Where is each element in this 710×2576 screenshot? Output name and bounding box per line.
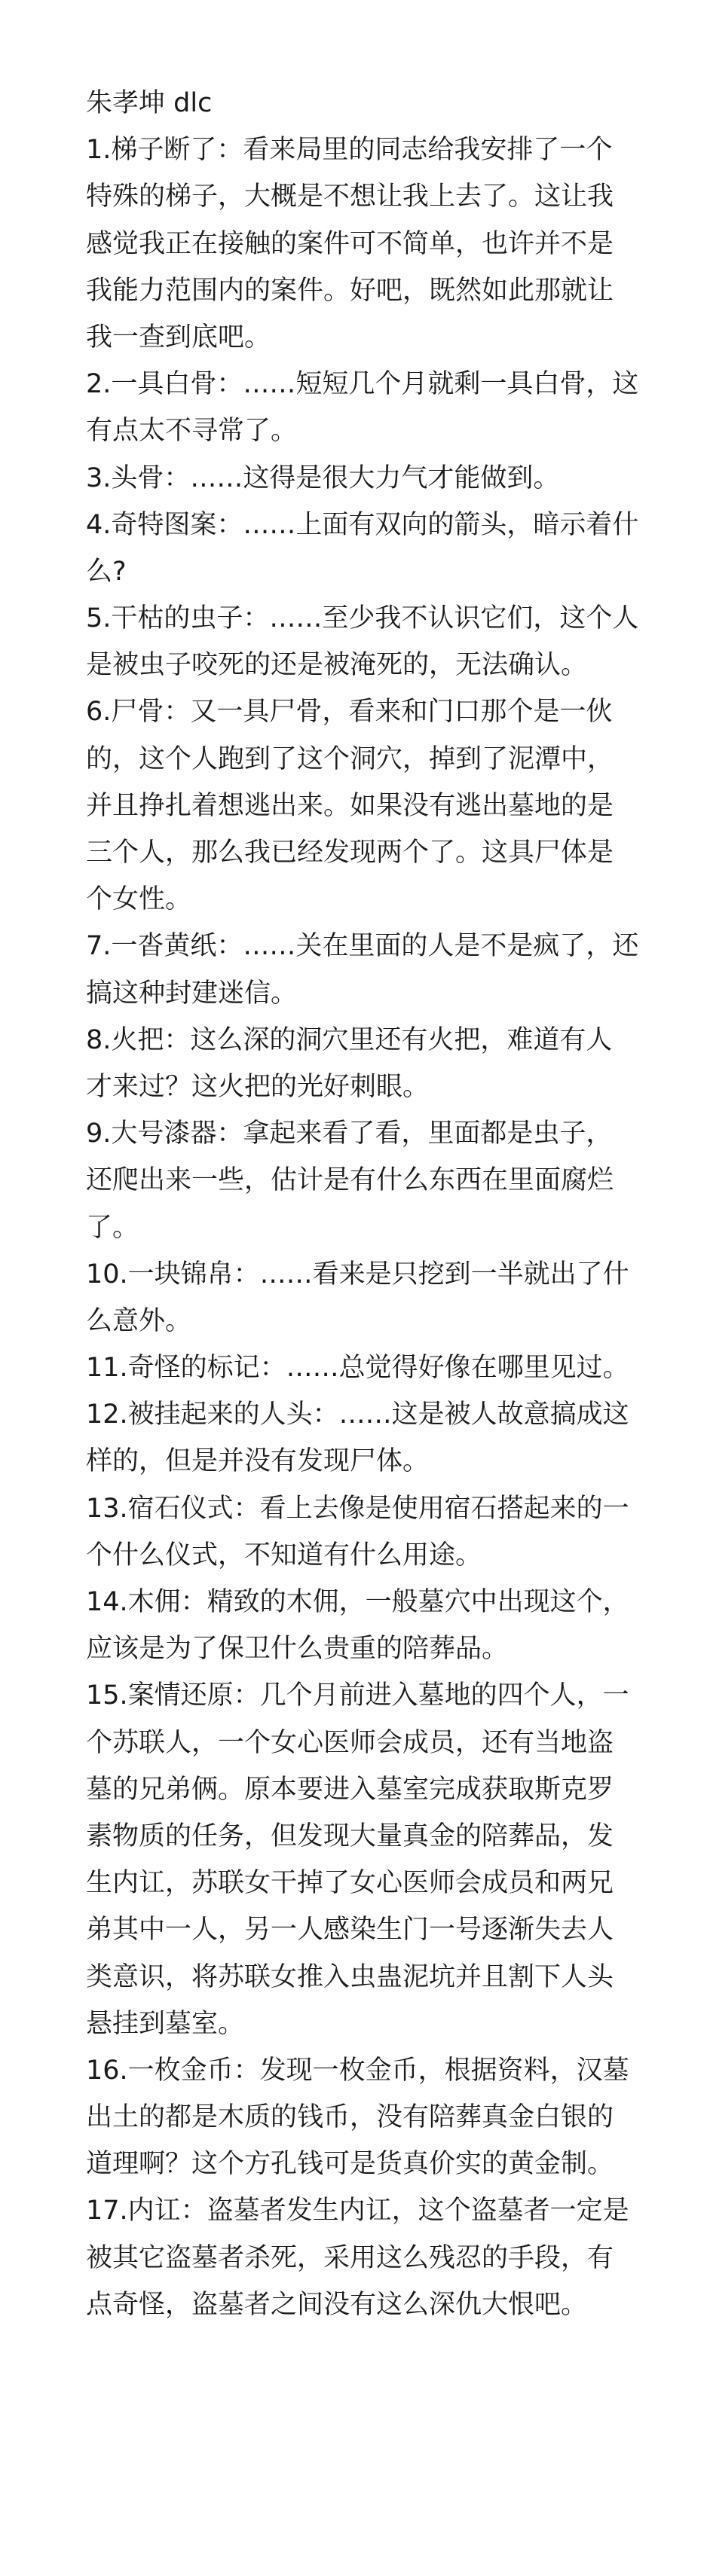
clue-text-line: 6.尸骨：又一具尸骨，看来和门口那个是一伙 [86,688,659,735]
clue-text-line: 17.内讧：盗墓者发生内讧，这个盗墓者一定是 [86,2187,659,2234]
clue-text-line: 11.奇怪的标记：……总觉得好像在哪里见过。 [86,1344,659,1391]
clue-text-line: 9.大号漆器：拿起来看了看，里面都是虫子， [86,1110,659,1157]
clue-item-4: 4.奇特图案：……上面有双向的箭头，暗示着什么? [86,502,659,595]
clue-text-line: 2.一具白骨：……短短几个月就剩一具白骨，这 [86,361,659,407]
clue-text-line: 类意识，将苏联女推入虫蛊泥坑并且割下人头 [86,1954,659,2001]
clue-text-line: 被其它盗墓者杀死，采用这么残忍的手段，有 [86,2235,659,2281]
clue-text-line: 还爬出来一些，估计是有什么东西在里面腐烂 [86,1157,659,1204]
clue-text-line: 了。 [86,1204,659,1251]
clue-item-6: 6.尸骨：又一具尸骨，看来和门口那个是一伙的，这个人跑到了这个洞穴，掉到了泥潭中… [86,688,659,923]
clue-text-line: 15.案情还原：几个月前进入墓地的四个人，一 [86,1672,659,1719]
clue-item-3: 3.头骨：……这得是很大力气才能做到。 [86,455,659,502]
clue-text-line: 7.一沓黄纸：……关在里面的人是不是疯了，还 [86,923,659,969]
clue-item-7: 7.一沓黄纸：……关在里面的人是不是疯了，还搞这种封建迷信。 [86,923,659,1016]
clue-text-line: 5.干枯的虫子：……至少我不认识它们，这个人 [86,595,659,642]
clue-text-line: 生内讧，苏联女干掉了女心医师会成员和两兄 [86,1860,659,1906]
clue-text-line: 才来过？这火把的光好刺眼。 [86,1064,659,1110]
clue-text-line: 悬挂到墓室。 [86,2001,659,2047]
clue-text-line: 素物质的任务，但发现大量真金的陪葬品，发 [86,1813,659,1860]
clue-item-5: 5.干枯的虫子：……至少我不认识它们，这个人是被虫子咬死的还是被淹死的，无法确认… [86,595,659,688]
clue-text-line: 8.火把：这么深的洞穴里还有火把，难道有人 [86,1017,659,1064]
clue-text-line: 弟其中一人，另一人感染生门一号逐渐失去人 [86,1906,659,1953]
clue-text-line: 3.头骨：……这得是很大力气才能做到。 [86,455,659,502]
clue-text-line: 感觉我正在接触的案件可不简单，也许并不是 [86,221,659,267]
clue-item-2: 2.一具白骨：……短短几个月就剩一具白骨，这有点太不寻常了。 [86,361,659,454]
clue-text-line: 墓的兄弟俩。原本要进入墓室完成获取斯克罗 [86,1766,659,1813]
clue-text-line: 点奇怪，盗墓者之间没有这么深仇大恨吧。 [86,2281,659,2328]
clue-item-11: 11.奇怪的标记：……总觉得好像在哪里见过。 [86,1344,659,1391]
clue-item-16: 16.一枚金币：发现一枚金币，根据资料，汉墓出土的都是木质的钱币，没有陪葬真金白… [86,2047,659,2188]
clue-text-line: 有点太不寻常了。 [86,407,659,454]
document-page: 朱孝坤 dlc 1.梯子断了：看来局里的同志给我安排了一个特殊的梯子，大概是不想… [0,0,710,2576]
clue-text-line: 并且挣扎着想逃出来。如果没有逃出墓地的是 [86,783,659,829]
clue-text-line: 个女性。 [86,876,659,923]
clue-item-10: 10.一块锦帛：……看来是只挖到一半就出了什么意外。 [86,1251,659,1344]
clue-text-line: 三个人，那么我已经发现两个了。这具尸体是 [86,829,659,876]
clue-text-line: 么意外。 [86,1298,659,1344]
clue-text-line: 道理啊？这个方孔钱可是货真价实的黄金制。 [86,2141,659,2187]
clue-text-line: 是被虫子咬死的还是被淹死的，无法确认。 [86,642,659,688]
clue-item-15: 15.案情还原：几个月前进入墓地的四个人，一个苏联人，一个女心医师会成员，还有当… [86,1672,659,2047]
clue-text-line: 10.一块锦帛：……看来是只挖到一半就出了什 [86,1251,659,1298]
clue-item-9: 9.大号漆器：拿起来看了看，里面都是虫子，还爬出来一些，估计是有什么东西在里面腐… [86,1110,659,1251]
clue-item-13: 13.宿石仪式：看上去像是使用宿石搭起来的一个什么仪式，不知道有什么用途。 [86,1485,659,1579]
clue-text-line: 出土的都是木质的钱币，没有陪葬真金白银的 [86,2094,659,2141]
clue-text-line: 个什么仪式，不知道有什么用途。 [86,1532,659,1579]
clue-text-line: 应该是为了保卫什么贵重的陪葬品。 [86,1625,659,1672]
clue-text-line: 搞这种封建迷信。 [86,970,659,1017]
clue-text-line: 1.梯子断了：看来局里的同志给我安排了一个 [86,127,659,173]
clue-text-line: 的，这个人跑到了这个洞穴，掉到了泥潭中， [86,736,659,783]
clue-item-12: 12.被挂起来的人头：……这是被人故意搞成这样的，但是并没有发现尸体。 [86,1391,659,1485]
document-body: 朱孝坤 dlc 1.梯子断了：看来局里的同志给我安排了一个特殊的梯子，大概是不想… [86,80,659,2328]
clue-item-17: 17.内讧：盗墓者发生内讧，这个盗墓者一定是被其它盗墓者杀死，采用这么残忍的手段… [86,2187,659,2328]
clue-text-line: 4.奇特图案：……上面有双向的箭头，暗示着什 [86,502,659,548]
clue-text-line: 个苏联人，一个女心医师会成员，还有当地盗 [86,1720,659,1766]
clue-text-line: 我一查到底吧。 [86,314,659,361]
clue-text-line: 14.木佣：精致的木佣，一般墓穴中出现这个， [86,1579,659,1625]
clue-text-line: 特殊的梯子，大概是不想让我上去了。这让我 [86,173,659,220]
clue-item-14: 14.木佣：精致的木佣，一般墓穴中出现这个，应该是为了保卫什么贵重的陪葬品。 [86,1579,659,1672]
clue-item-8: 8.火把：这么深的洞穴里还有火把，难道有人才来过？这火把的光好刺眼。 [86,1017,659,1110]
clue-text-line: 12.被挂起来的人头：……这是被人故意搞成这 [86,1391,659,1438]
clue-text-line: 我能力范围内的案件。好吧，既然如此那就让 [86,267,659,314]
document-title: 朱孝坤 dlc [86,80,659,127]
clue-text-line: 13.宿石仪式：看上去像是使用宿石搭起来的一 [86,1485,659,1532]
clue-text-line: 么? [86,548,659,595]
clue-text-line: 样的，但是并没有发现尸体。 [86,1438,659,1485]
clue-item-1: 1.梯子断了：看来局里的同志给我安排了一个特殊的梯子，大概是不想让我上去了。这让… [86,127,659,361]
clue-text-line: 16.一枚金币：发现一枚金币，根据资料，汉墓 [86,2047,659,2094]
